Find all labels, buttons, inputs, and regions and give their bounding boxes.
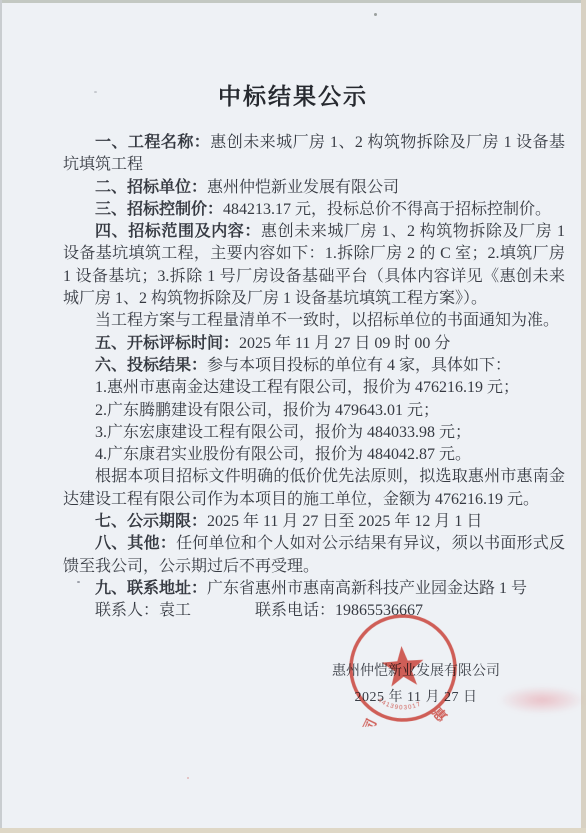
section-text: 1.惠州市惠南金达建设工程有限公司，报价为 476216.19 元； [95, 379, 519, 396]
section-8-other: 八、其他：任何单位和个人如对公示结果有异议，须以书面形式反馈至我公司，公示期过后… [63, 533, 565, 578]
section-text: 4.广东康君实业股份有限公司，报价为 484042.87 元。 [95, 446, 471, 463]
section-text: 参与本项目投标的单位有 4 家，具体如下： [207, 357, 511, 374]
award-decision: 根据本项目招标文件明确的低价优先法原则，拟选取惠州市惠南金达建设工程有限公司作为… [63, 466, 565, 511]
section-text: 2.广东腾鹏建设有限公司，报价为 479643.01 元； [95, 402, 439, 419]
note-discrepancy: 当工程方案与工程量清单不一致时，以招标单位的书面通知为准。 [63, 310, 565, 332]
star-icon [381, 645, 425, 688]
section-text: 3.广东宏康建设工程有限公司，报价为 484033.98 元； [95, 424, 471, 441]
section-label: 三、招标控制价： [95, 201, 223, 218]
bidder-2: 2.广东腾鹏建设有限公司，报价为 479643.01 元； [63, 400, 565, 422]
bidder-3: 3.广东宏康建设工程有限公司，报价为 484033.98 元； [63, 422, 565, 444]
section-text: 2025 年 11 月 27 日至 2025 年 12 月 1 日 [207, 513, 482, 530]
section-label: 二、招标单位： [95, 179, 207, 196]
section-text: 惠州仲恺新业发展有限公司 [207, 179, 399, 196]
section-9-contact-address: 九、联系地址：广东省惠州市惠南高新科技产业园金达路 1 号 [63, 578, 565, 600]
scan-edge-left [0, 0, 2, 833]
section-text: 当工程方案与工程量清单不一致时，以招标单位的书面通知为准。 [95, 312, 559, 329]
section-6-bid-results: 六、投标结果：参与本项目投标的单位有 4 家，具体如下： [63, 355, 565, 377]
section-label: 七、公示期限： [95, 513, 207, 530]
section-text: 484213.17 元，投标总价不得高于招标控制价。 [223, 201, 551, 218]
bidder-4: 4.广东康君实业股份有限公司，报价为 484042.87 元。 [63, 444, 565, 466]
scan-speck [374, 13, 377, 16]
section-2-tendering-unit: 二、招标单位：惠州仲恺新业发展有限公司 [63, 177, 565, 199]
scan-speck [94, 91, 97, 93]
section-label: 五、开标评标时间： [95, 335, 239, 352]
ink-smudge [498, 686, 586, 714]
official-seal-stamp: 惠州仲恺新业发展有限公司 4413903017 [343, 608, 463, 728]
svg-text:4413903017: 4413903017 [376, 694, 423, 713]
section-text: 根据本项目招标文件明确的低价优先法原则，拟选取惠州市惠南金达建设工程有限公司作为… [63, 468, 565, 507]
section-3-control-price: 三、招标控制价：484213.17 元，投标总价不得高于招标控制价。 [63, 199, 565, 221]
announcement-document: 中标结果公示 一、工程名称：惠创未来城厂房 1、2 构筑物拆除及厂房 1 设备基… [0, 0, 586, 833]
section-label: 八、其他： [95, 535, 176, 552]
contact-person-phone: 联系人：袁工 联系电话：19865536667 [63, 600, 565, 622]
section-label: 九、联系地址： [95, 580, 207, 597]
section-label: 一、工程名称： [95, 134, 210, 151]
section-5-bid-opening-time: 五、开标评标时间：2025 年 11 月 27 日 09 时 00 分 [63, 333, 565, 355]
scan-edge-bottom [0, 828, 586, 833]
scan-speck [77, 581, 80, 583]
seal-code-text: 4413903017 [376, 694, 423, 713]
section-text: 2025 年 11 月 27 日 09 时 00 分 [239, 335, 450, 352]
section-label: 四、招标范围及内容： [95, 223, 261, 240]
section-text: 广东省惠州市惠南高新科技产业园金达路 1 号 [207, 580, 527, 597]
section-4-scope-content: 四、招标范围及内容：惠创未来城厂房 1、2 构筑物拆除及厂房 1 设备基坑填筑工… [63, 221, 565, 310]
section-7-publicity-period: 七、公示期限：2025 年 11 月 27 日至 2025 年 12 月 1 日 [63, 511, 565, 533]
page-title: 中标结果公示 [0, 78, 586, 111]
section-1-project-name: 一、工程名称：惠创未来城厂房 1、2 构筑物拆除及厂房 1 设备基坑填筑工程 [63, 132, 565, 177]
bidder-1: 1.惠州市惠南金达建设工程有限公司，报价为 476216.19 元； [63, 377, 565, 399]
section-label: 六、投标结果： [95, 357, 207, 374]
scan-edge-top [0, 0, 586, 3]
document-body: 一、工程名称：惠创未来城厂房 1、2 构筑物拆除及厂房 1 设备基坑填筑工程 二… [63, 132, 565, 623]
scan-speck [187, 777, 189, 779]
